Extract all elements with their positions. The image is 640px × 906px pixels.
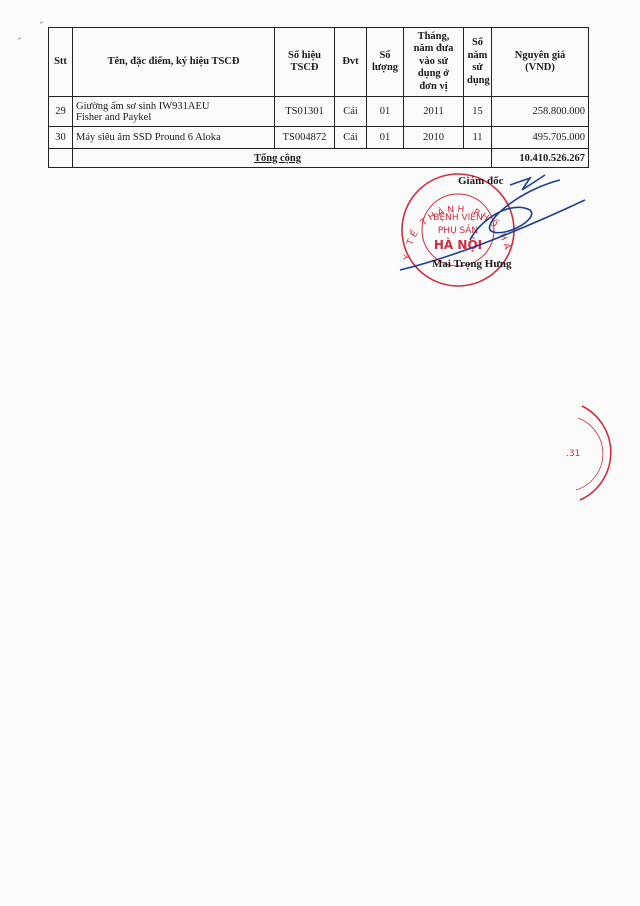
table-row: 30 Máy siêu âm SSD Pround 6 Aloka TS0048…: [49, 127, 589, 149]
cell-name: Máy siêu âm SSD Pround 6 Aloka: [73, 127, 275, 149]
svg-text:.31: .31: [566, 449, 580, 459]
cell-empty: [49, 149, 73, 168]
signer-name: Mai Trọng Hưng: [432, 258, 512, 270]
partial-stamp-edge: .31: [560, 398, 640, 508]
signer-title: Giám đốc: [458, 175, 504, 187]
cell-qty: 01: [367, 127, 404, 149]
cell-year: 2010: [404, 127, 464, 149]
cell-years-used: 15: [464, 97, 492, 127]
scan-speck: [40, 21, 43, 24]
cell-code: TS004872: [275, 127, 335, 149]
header-years: Sốnămsửdụng: [464, 28, 492, 97]
cell-stt: 30: [49, 127, 73, 149]
header-date: Tháng,năm đưavào sửdụng ởđơn vị: [404, 28, 464, 97]
cell-stt: 29: [49, 97, 73, 127]
svg-text:PHỤ SẢN: PHỤ SẢN: [438, 224, 478, 236]
header-price: Nguyên giá(VND): [492, 28, 589, 97]
header-name: Tên, đặc điểm, ký hiệu TSCĐ: [73, 28, 275, 97]
cell-year: 2011: [404, 97, 464, 127]
asset-table: Stt Tên, đặc điểm, ký hiệu TSCĐ Số hiệuT…: [48, 27, 589, 168]
svg-text:HÀ NỘI: HÀ NỘI: [434, 237, 482, 252]
header-stt: Stt: [49, 28, 73, 97]
cell-code: TS01301: [275, 97, 335, 127]
table-row: 29 Giường ấm sơ sinh IW931AEUFisher and …: [49, 97, 589, 127]
header-code: Số hiệuTSCĐ: [275, 28, 335, 97]
table-header-row: Stt Tên, đặc điểm, ký hiệu TSCĐ Số hiệuT…: [49, 28, 589, 97]
cell-years-used: 11: [464, 127, 492, 149]
cell-price: 495.705.000: [492, 127, 589, 149]
cell-unit: Cái: [335, 97, 367, 127]
scan-speck: [18, 37, 21, 40]
header-qty: Sốlượng: [367, 28, 404, 97]
cell-name: Giường ấm sơ sinh IW931AEUFisher and Pay…: [73, 97, 275, 127]
cell-price: 258.800.000: [492, 97, 589, 127]
header-unit: Đvt: [335, 28, 367, 97]
cell-unit: Cái: [335, 127, 367, 149]
cell-qty: 01: [367, 97, 404, 127]
svg-text:BỆNH VIỆN: BỆNH VIỆN: [433, 211, 482, 223]
